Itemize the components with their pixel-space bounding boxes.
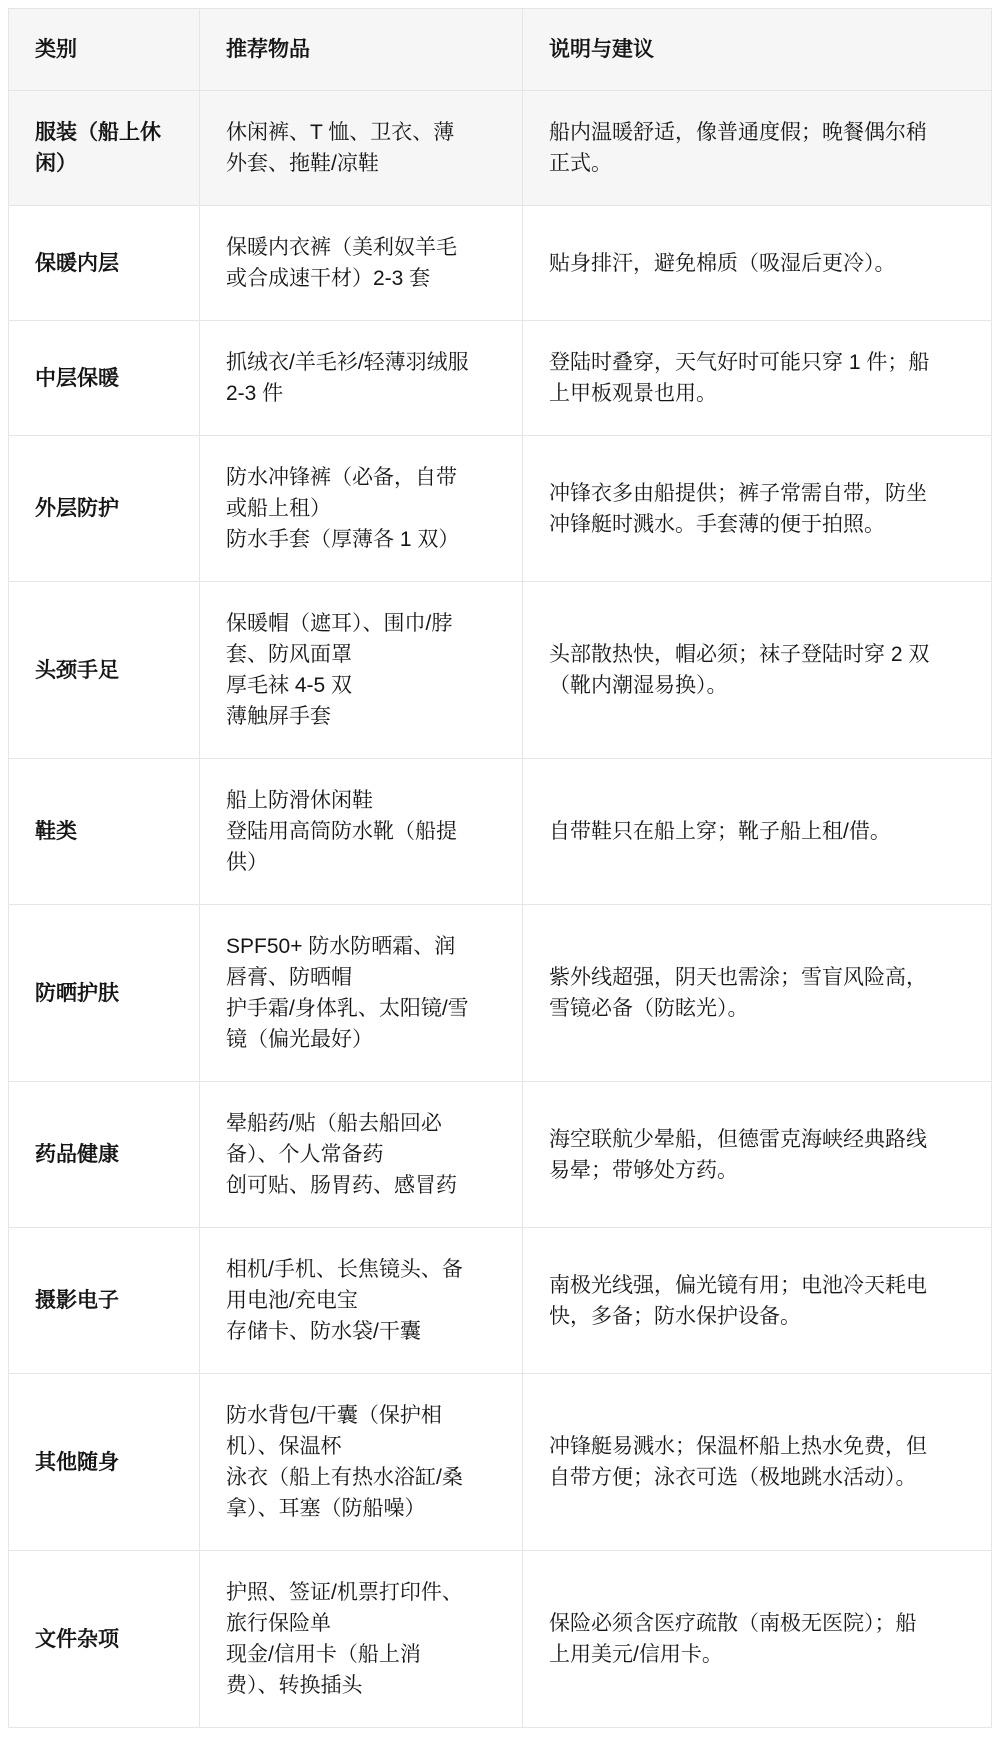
header-cell-notes: 说明与建议 bbox=[523, 9, 992, 91]
header-row: 类别 推荐物品 说明与建议 bbox=[9, 9, 992, 91]
table-row-misc-carry: 其他随身 防水背包/干囊（保护相 机）、保温杯 泳衣（船上有热水浴缸/桑 拿）、… bbox=[9, 1374, 992, 1551]
notes-cell: 贴身排汗，避免棉质（吸湿后更冷）。 bbox=[523, 206, 992, 321]
table-row-outer-layer: 外层防护 防水冲锋裤（必备，自带 或船上租） 防水手套（厚薄各 1 双） 冲锋衣… bbox=[9, 436, 992, 582]
table-header: 类别 推荐物品 说明与建议 bbox=[9, 9, 992, 91]
notes-cell: 冲锋衣多由船提供；裤子常需自带，防坐 冲锋艇时溅水。手套薄的便于拍照。 bbox=[523, 436, 992, 582]
category-cell: 摄影电子 bbox=[9, 1228, 200, 1374]
table-row-footwear: 鞋类 船上防滑休闲鞋 登陆用高筒防水靴（船提 供） 自带鞋只在船上穿；靴子船上租… bbox=[9, 759, 992, 905]
category-cell: 服装（船上休 闲） bbox=[9, 91, 200, 206]
notes-cell: 船内温暖舒适，像普通度假；晚餐偶尔稍 正式。 bbox=[523, 91, 992, 206]
category-cell: 保暖内层 bbox=[9, 206, 200, 321]
header-cell-items: 推荐物品 bbox=[200, 9, 523, 91]
notes-cell: 登陆时叠穿，天气好时可能只穿 1 件；船 上甲板观景也用。 bbox=[523, 321, 992, 436]
items-cell: 抓绒衣/羊毛衫/轻薄羽绒服 2-3 件 bbox=[200, 321, 523, 436]
category-cell: 防晒护肤 bbox=[9, 905, 200, 1082]
category-cell: 外层防护 bbox=[9, 436, 200, 582]
items-cell: SPF50+ 防水防晒霜、润 唇膏、防晒帽 护手霜/身体乳、太阳镜/雪 镜（偏光… bbox=[200, 905, 523, 1082]
category-cell: 药品健康 bbox=[9, 1082, 200, 1228]
table-row-clothing: 服装（船上休 闲） 休闲裤、T 恤、卫衣、薄 外套、拖鞋/凉鞋 船内温暖舒适，像… bbox=[9, 91, 992, 206]
notes-cell: 自带鞋只在船上穿；靴子船上租/借。 bbox=[523, 759, 992, 905]
notes-cell: 海空联航少晕船，但德雷克海峡经典路线 易晕；带够处方药。 bbox=[523, 1082, 992, 1228]
items-cell: 相机/手机、长焦镜头、备 用电池/充电宝 存储卡、防水袋/干囊 bbox=[200, 1228, 523, 1374]
notes-cell: 南极光线强，偏光镜有用；电池冷天耗电 快，多备；防水保护设备。 bbox=[523, 1228, 992, 1374]
items-cell: 休闲裤、T 恤、卫衣、薄 外套、拖鞋/凉鞋 bbox=[200, 91, 523, 206]
items-cell: 船上防滑休闲鞋 登陆用高筒防水靴（船提 供） bbox=[200, 759, 523, 905]
table-row-base-layer: 保暖内层 保暖内衣裤（美利奴羊毛 或合成速干材）2-3 套 贴身排汗，避免棉质（… bbox=[9, 206, 992, 321]
items-cell: 晕船药/贴（船去船回必 备）、个人常备药 创可贴、肠胃药、感冒药 bbox=[200, 1082, 523, 1228]
items-cell: 护照、签证/机票打印件、 旅行保险单 现金/信用卡（船上消 费）、转换插头 bbox=[200, 1551, 523, 1728]
items-cell: 防水背包/干囊（保护相 机）、保温杯 泳衣（船上有热水浴缸/桑 拿）、耳塞（防船… bbox=[200, 1374, 523, 1551]
table-row-medicine: 药品健康 晕船药/贴（船去船回必 备）、个人常备药 创可贴、肠胃药、感冒药 海空… bbox=[9, 1082, 992, 1228]
table-row-documents: 文件杂项 护照、签证/机票打印件、 旅行保险单 现金/信用卡（船上消 费）、转换… bbox=[9, 1551, 992, 1728]
notes-cell: 保险必须含医疗疏散（南极无医院）；船 上用美元/信用卡。 bbox=[523, 1551, 992, 1728]
notes-cell: 紫外线超强，阴天也需涂；雪盲风险高， 雪镜必备（防眩光）。 bbox=[523, 905, 992, 1082]
category-cell: 文件杂项 bbox=[9, 1551, 200, 1728]
table-row-photo-electronics: 摄影电子 相机/手机、长焦镜头、备 用电池/充电宝 存储卡、防水袋/干囊 南极光… bbox=[9, 1228, 992, 1374]
table-row-sun-care: 防晒护肤 SPF50+ 防水防晒霜、润 唇膏、防晒帽 护手霜/身体乳、太阳镜/雪… bbox=[9, 905, 992, 1082]
category-cell: 鞋类 bbox=[9, 759, 200, 905]
category-cell: 其他随身 bbox=[9, 1374, 200, 1551]
items-cell: 保暖内衣裤（美利奴羊毛 或合成速干材）2-3 套 bbox=[200, 206, 523, 321]
table-row-head-neck: 头颈手足 保暖帽（遮耳）、围巾/脖 套、防风面罩 厚毛袜 4-5 双 薄触屏手套… bbox=[9, 582, 992, 759]
packing-list-table: 类别 推荐物品 说明与建议 服装（船上休 闲） 休闲裤、T 恤、卫衣、薄 外套、… bbox=[8, 8, 992, 1728]
header-cell-category: 类别 bbox=[9, 9, 200, 91]
category-cell: 头颈手足 bbox=[9, 582, 200, 759]
category-cell: 中层保暖 bbox=[9, 321, 200, 436]
items-cell: 防水冲锋裤（必备，自带 或船上租） 防水手套（厚薄各 1 双） bbox=[200, 436, 523, 582]
notes-cell: 头部散热快，帽必须；袜子登陆时穿 2 双 （靴内潮湿易换）。 bbox=[523, 582, 992, 759]
items-cell: 保暖帽（遮耳）、围巾/脖 套、防风面罩 厚毛袜 4-5 双 薄触屏手套 bbox=[200, 582, 523, 759]
page: 类别 推荐物品 说明与建议 服装（船上休 闲） 休闲裤、T 恤、卫衣、薄 外套、… bbox=[0, 0, 1000, 1755]
notes-cell: 冲锋艇易溅水；保温杯船上热水免费，但 自带方便；泳衣可选（极地跳水活动）。 bbox=[523, 1374, 992, 1551]
table-row-mid-layer: 中层保暖 抓绒衣/羊毛衫/轻薄羽绒服 2-3 件 登陆时叠穿，天气好时可能只穿 … bbox=[9, 321, 992, 436]
table-body: 服装（船上休 闲） 休闲裤、T 恤、卫衣、薄 外套、拖鞋/凉鞋 船内温暖舒适，像… bbox=[9, 91, 992, 1728]
